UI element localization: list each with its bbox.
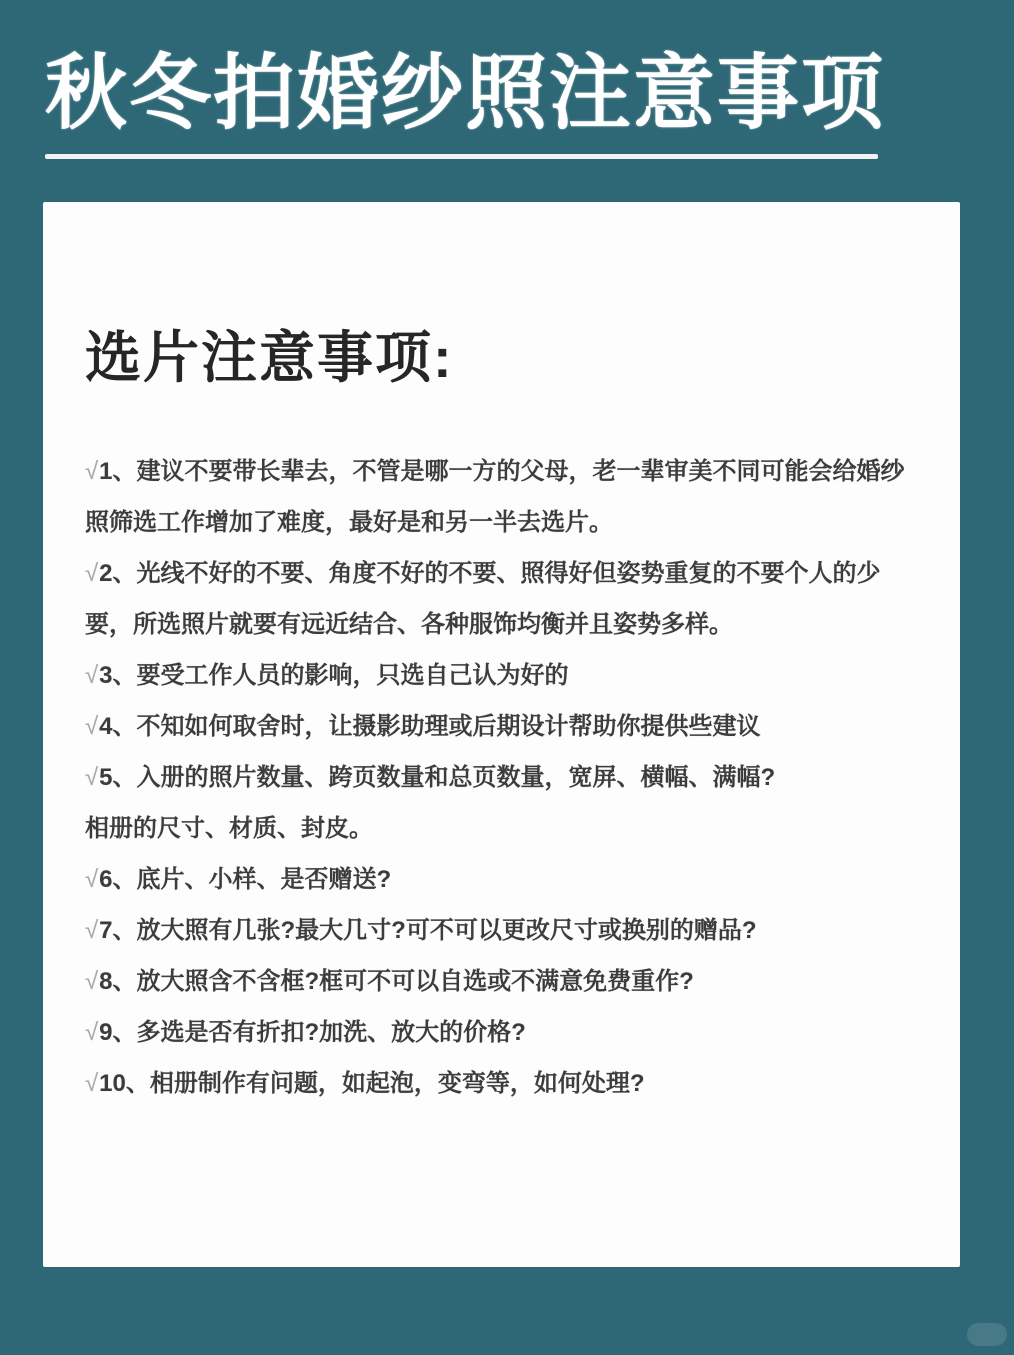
poster-header: 秋冬拍婚纱照注意事项 [45, 44, 969, 159]
list-item: √9、多选是否有折扣?加洗、放大的价格? [85, 1007, 910, 1058]
list-item: √3、要受工作人员的影响，只选自己认为好的 [85, 650, 910, 701]
list-item: √2、光线不好的不要、角度不好的不要、照得好但姿势重复的不要个人的少要，所选照片… [85, 548, 910, 650]
list-item-text: 10、相册制作有问题，如起泡，变弯等，如何处理? [99, 1070, 644, 1097]
list-item-text: 7、放大照有几张?最大几寸?可不可以更改尺寸或换别的赠品? [99, 917, 756, 944]
list-item-text: 3、要受工作人员的影响，只选自己认为好的 [99, 662, 568, 689]
list-item-text: 4、不知如何取舍时，让摄影助理或后期设计帮助你提供些建议 [99, 713, 760, 740]
check-icon: √ [85, 458, 99, 485]
list-item-text: 1、建议不要带长辈去，不管是哪一方的父母，老一辈审美不同可能会给婚纱照筛选工作增… [85, 458, 905, 536]
list-item: √10、相册制作有问题，如起泡，变弯等，如何处理? [85, 1058, 910, 1109]
check-icon: √ [85, 866, 99, 893]
content-card: 选片注意事项: √1、建议不要带长辈去，不管是哪一方的父母，老一辈审美不同可能会… [43, 202, 960, 1267]
poster-title: 秋冬拍婚纱照注意事项 [45, 44, 969, 144]
list-item: √7、放大照有几张?最大几寸?可不可以更改尺寸或换别的赠品? [85, 905, 910, 956]
list-item: √5、入册的照片数量、跨页数量和总页数量，宽屏、横幅、满幅? 相册的尺寸、材质、… [85, 752, 910, 854]
card-heading: 选片注意事项: [85, 328, 910, 388]
check-icon: √ [85, 1070, 99, 1097]
check-icon: √ [85, 1019, 99, 1046]
list-item-text: 8、放大照含不含框?框可不可以自选或不满意免费重作? [99, 968, 694, 995]
list-item: √6、底片、小样、是否赠送? [85, 854, 910, 905]
tips-list: √1、建议不要带长辈去，不管是哪一方的父母，老一辈审美不同可能会给婚纱照筛选工作… [85, 446, 910, 1109]
check-icon: √ [85, 968, 99, 995]
list-item-text: 9、多选是否有折扣?加洗、放大的价格? [99, 1019, 526, 1046]
check-icon: √ [85, 662, 99, 689]
check-icon: √ [85, 560, 99, 587]
title-underline [45, 154, 878, 159]
list-item-text: 6、底片、小样、是否赠送? [99, 866, 391, 893]
check-icon: √ [85, 764, 99, 791]
list-item-text: 5、入册的照片数量、跨页数量和总页数量，宽屏、横幅、满幅? 相册的尺寸、材质、封… [85, 764, 775, 842]
check-icon: √ [85, 917, 99, 944]
list-item: √4、不知如何取舍时，让摄影助理或后期设计帮助你提供些建议 [85, 701, 910, 752]
check-icon: √ [85, 713, 99, 740]
list-item: √8、放大照含不含框?框可不可以自选或不满意免费重作? [85, 956, 910, 1007]
watermark-badge [967, 1323, 1007, 1346]
list-item-text: 2、光线不好的不要、角度不好的不要、照得好但姿势重复的不要个人的少要，所选照片就… [85, 560, 881, 638]
list-item: √1、建议不要带长辈去，不管是哪一方的父母，老一辈审美不同可能会给婚纱照筛选工作… [85, 446, 910, 548]
